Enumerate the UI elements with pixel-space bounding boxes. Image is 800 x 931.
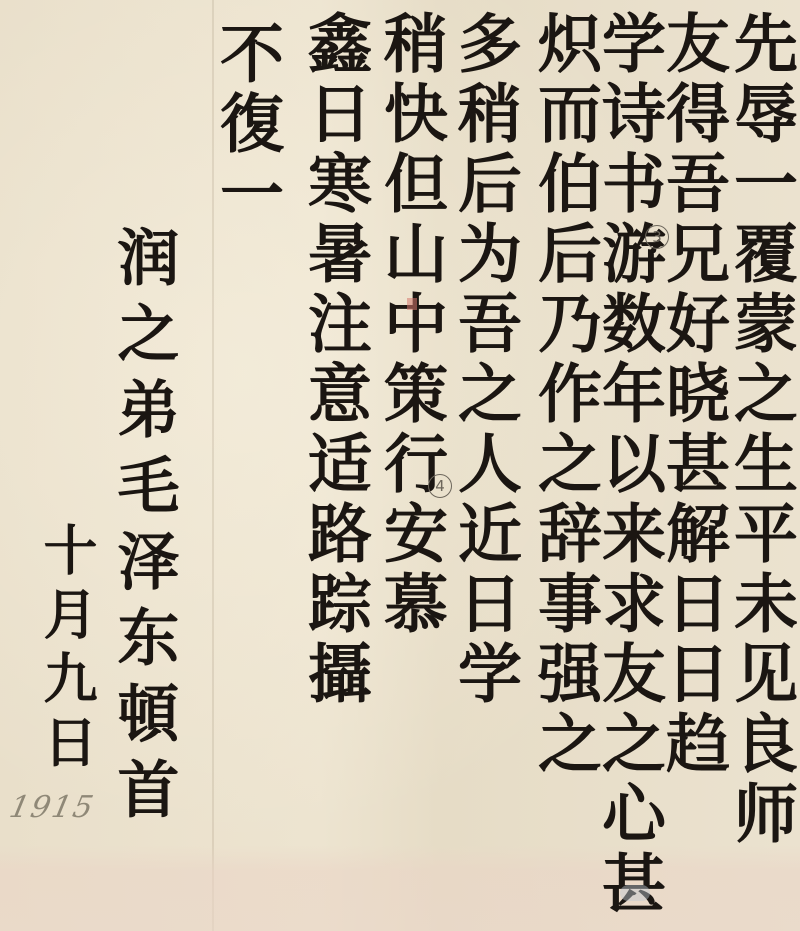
- letter-column-4: 炽而伯后乃作之辞事强之: [532, 10, 596, 780]
- paper-bottom-stain: [0, 845, 800, 931]
- letter-column-1: 先辱一覆蒙之生平未见良师: [728, 10, 792, 850]
- letter-column-5: 多稍后为吾之人近日学: [452, 10, 516, 710]
- letter-column-3: 学诗书游数年以来求友之心甚: [596, 10, 660, 920]
- signature: 润之弟毛泽东頓首: [112, 225, 174, 833]
- letter-date: 十月九日: [40, 522, 94, 778]
- letter-column-7: 鑫日寒暑注意适路踪攝: [302, 10, 366, 710]
- margin-mark-4: 4: [428, 474, 452, 498]
- margin-mark-3: 3: [645, 225, 669, 249]
- letter-column-8: 不復一: [214, 20, 278, 230]
- red-seal-fragment: [407, 298, 417, 310]
- letter-column-6: 稍快但山中策行安慕: [378, 10, 442, 640]
- letter-column-2: 友得吾兄好晓甚解日日趋: [660, 10, 724, 780]
- watermark-icon: [620, 885, 650, 901]
- year-pencil-annotation: 1915: [6, 790, 98, 825]
